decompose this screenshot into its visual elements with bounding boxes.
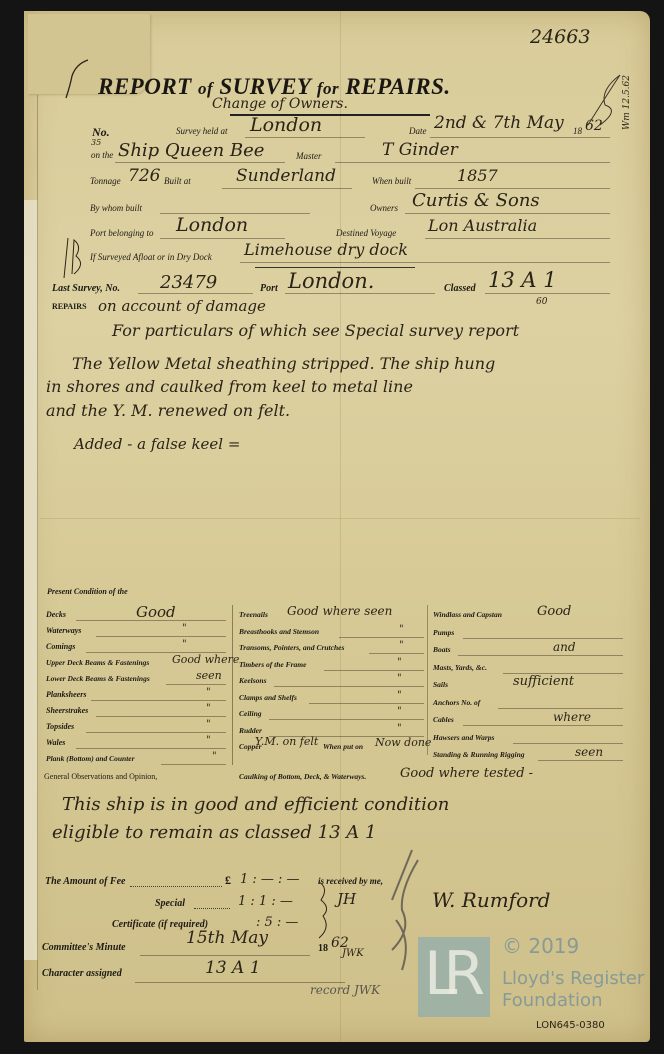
7-value: " — [206, 719, 211, 730]
classed-label: Classed — [444, 283, 476, 294]
condition-when-put-on-value: Now done — [375, 736, 431, 749]
title-parts-1: of — [198, 79, 213, 98]
6-value: where — [553, 710, 591, 724]
8-label: Wales — [46, 738, 65, 747]
special-fee-value: 1 : 1 : — — [238, 894, 293, 909]
owners-label: Owners — [370, 203, 398, 213]
tonnage-value: 726 — [128, 166, 160, 186]
caulking-label: Caulking of Bottom, Deck, & Waterways. — [239, 772, 366, 781]
5-label: Anchors No. of — [433, 698, 480, 707]
brace-icon — [315, 880, 335, 940]
2-value: " — [182, 639, 187, 650]
condition-row: Sheerstrakes" — [46, 703, 232, 719]
column-divider-2 — [427, 605, 428, 755]
title-parts-4: REPAIRS. — [345, 74, 450, 99]
port-belonging-label: Port belonging to — [90, 228, 154, 238]
by-whom-built-label: By whom built — [90, 203, 142, 213]
0-value: Good — [537, 604, 571, 619]
repairs-line: For particulars of which see Special sur… — [112, 321, 519, 340]
destined-voyage-label: Destined Voyage — [336, 228, 396, 238]
repairs-line: The Yellow Metal sheathing stripped. The… — [72, 354, 495, 373]
observation-line: eligible to remain as classed 13 A 1 — [52, 822, 376, 843]
7-label: Rudder — [239, 726, 262, 735]
1-value: " — [399, 624, 404, 635]
8-value: Y.M. on felt — [255, 735, 318, 748]
condition-row: Pumps — [433, 625, 623, 643]
ship-name-value: Ship Queen Bee — [118, 140, 264, 161]
committee-minute-label: Committee's Minute — [42, 942, 126, 953]
fee-initials: JH — [337, 890, 356, 908]
committee-minute-value: 15th May — [186, 928, 268, 948]
condition-row: Wales" — [46, 735, 232, 751]
1-label: Waterways — [46, 626, 81, 635]
when-built-label: When built — [372, 176, 411, 186]
title-parts-0: REPORT — [98, 74, 192, 99]
condition-row: Boatsand — [433, 642, 623, 660]
0-label: Treenails — [239, 610, 268, 619]
6-label: Sheerstrakes — [46, 706, 88, 715]
watermark-copyright: © 2019 — [502, 934, 579, 958]
condition-row: Standing & Running Riggingseen — [433, 747, 623, 765]
paper-edge-strip — [24, 200, 38, 960]
2-value: " — [399, 640, 404, 651]
5-value: " — [206, 687, 211, 698]
4-label: Sails — [433, 680, 448, 689]
lloyds-register-logo: LR — [418, 937, 490, 1017]
condition-row: Lower Deck Beams & Fasteningsseen — [46, 671, 232, 687]
condition-row: Cableswhere — [433, 712, 623, 730]
on-the-label: on the — [91, 150, 113, 160]
archive-id: LON645-0380 — [536, 1020, 605, 1031]
date-label: Date — [409, 126, 427, 136]
date-value: 2nd & 7th May — [434, 113, 564, 133]
4-value: sufficient — [513, 674, 574, 689]
column-divider-1 — [232, 605, 233, 765]
classed-value: 13 A 1 — [488, 268, 557, 292]
dock-label: If Surveyed Afloat or in Dry Dock — [90, 252, 212, 262]
last-survey-port-label: Port — [260, 283, 278, 294]
master-label: Master — [296, 151, 322, 161]
3-label: Timbers of the Frame — [239, 660, 306, 669]
year-prefix: 18 — [573, 126, 582, 136]
8-label: Standing & Running Rigging — [433, 750, 525, 759]
no-value: 35 — [91, 138, 101, 147]
watermark-logo-text: LR — [424, 939, 471, 1009]
repairs-line: in shores and caulked from keel to metal… — [46, 377, 413, 396]
7-label: Topsides — [46, 722, 74, 731]
condition-row: Anchors No. of — [433, 695, 623, 713]
0-label: Windlass and Capstan — [433, 610, 502, 619]
tonnage-label: Tonnage — [90, 176, 121, 186]
caulking-value: Good where tested - — [400, 766, 533, 781]
surveyor-signature: W. Rumford — [432, 888, 551, 912]
condition-column-3: Windlass and CapstanGood Pumps Boatsand … — [433, 607, 623, 765]
7-label: Hawsers and Warps — [433, 733, 494, 742]
record-note: record JWK — [310, 983, 380, 997]
survey-report-page — [24, 11, 650, 1042]
last-survey-number: 23479 — [160, 272, 217, 293]
subtitle-change-of-owners: Change of Owners. — [212, 96, 348, 112]
condition-row: Sailssufficient — [433, 677, 623, 695]
8-value: seen — [575, 745, 603, 759]
condition-row: Waterways" — [46, 623, 232, 639]
margin-rule — [37, 95, 38, 990]
built-at-label: Built at — [164, 176, 191, 186]
4-value: seen — [196, 669, 222, 682]
fold-line-vertical — [340, 11, 341, 1042]
condition-heading: Present Condition of the — [47, 587, 128, 596]
condition-column-1: DecksGood Waterways" Comings" Upper Deck… — [46, 607, 232, 767]
reference-number: 24663 — [530, 26, 590, 48]
condition-row: Clamps and Shelfs" — [239, 690, 429, 707]
condition-row: Transoms, Pointers, and Crutches" — [239, 640, 429, 657]
watermark-line2: Foundation — [502, 990, 602, 1011]
fold-line-horizontal — [40, 518, 640, 519]
2-label: Transoms, Pointers, and Crutches — [239, 643, 344, 652]
9-value: " — [212, 751, 217, 762]
port-belonging-value: London — [176, 214, 248, 236]
7-value: " — [397, 723, 402, 734]
section-divider — [255, 267, 415, 268]
1-label: Breasthooks and Stemson — [239, 627, 319, 636]
5-value: " — [397, 690, 402, 701]
6-label: Cables — [433, 715, 454, 724]
3-value: " — [397, 657, 402, 668]
survey-held-value: London — [250, 114, 322, 136]
character-assigned-value: 13 A 1 — [205, 958, 261, 978]
observation-line: This ship is in good and efficient condi… — [62, 794, 449, 815]
classed-sub-value: 60 — [536, 297, 547, 307]
condition-column-2: TreenailsGood where seen Breasthooks and… — [239, 607, 429, 756]
last-survey-label: Last Survey, No. — [52, 283, 120, 294]
8-value: " — [206, 735, 211, 746]
destined-voyage-value: Lon Australia — [428, 216, 537, 235]
5-label: Clamps and Shelfs — [239, 693, 297, 702]
2-label: Boats — [433, 645, 451, 654]
0-label: Decks — [46, 610, 66, 619]
built-at-value: Sunderland — [236, 166, 336, 186]
repairs-line: on account of damage — [98, 297, 266, 315]
6-value: " — [397, 706, 402, 717]
owners-value: Curtis & Sons — [412, 190, 540, 211]
condition-row: Plank (Bottom) and Counter" — [46, 751, 232, 767]
committee-year-prefix: 18 — [318, 943, 328, 954]
6-label: Ceiling — [239, 709, 262, 718]
condition-row: Breasthooks and Stemson" — [239, 624, 429, 641]
character-assigned-label: Character assigned — [42, 968, 122, 979]
condition-row-copper: CopperY.M. on feltWhen put onNow done — [239, 739, 429, 756]
survey-held-label: Survey held at — [176, 126, 227, 136]
2-value: and — [553, 640, 576, 654]
condition-row: Topsides" — [46, 719, 232, 735]
condition-row: Timbers of the Frame" — [239, 657, 429, 674]
9-label: Plank (Bottom) and Counter — [46, 754, 135, 763]
condition-row: Keelsons" — [239, 673, 429, 690]
condition-row: Windlass and CapstanGood — [433, 607, 623, 625]
condition-row: Planksheers" — [46, 687, 232, 703]
currency-symbol: £ — [225, 873, 231, 888]
4-label: Lower Deck Beams & Fastenings — [46, 674, 150, 683]
5-label: Planksheers — [46, 690, 86, 699]
3-value: Good where — [172, 653, 239, 666]
2-label: Comings — [46, 642, 75, 651]
3-label: Upper Deck Beams & Fastenings — [46, 658, 149, 667]
general-observations-label: General Observations and Opinion, — [44, 772, 157, 781]
last-survey-port-value: London. — [288, 269, 374, 293]
3-label: Masts, Yards, &c. — [433, 663, 487, 672]
dock-value: Limehouse dry dock — [244, 240, 408, 259]
watermark-line1: Lloyd's Register — [502, 968, 644, 989]
4-value: " — [397, 673, 402, 684]
master-value: T Ginder — [382, 140, 458, 160]
when-built-value: 1857 — [457, 166, 498, 185]
1-label: Pumps — [433, 628, 454, 637]
repairs-line: and the Y. M. renewed on felt. — [46, 401, 290, 420]
repairs-line: Added - a false keel = — [74, 435, 240, 453]
condition-row: TreenailsGood where seen — [239, 607, 429, 624]
fee-amount-value: 1 : — : — — [240, 872, 300, 887]
6-value: " — [206, 703, 211, 714]
fee-amount-label: The Amount of Fee — [45, 876, 125, 887]
margin-note: Wm 12.5.62 — [622, 75, 632, 130]
0-value: Good where seen — [287, 604, 392, 618]
year-value: 62 — [585, 118, 603, 134]
1-value: " — [182, 623, 187, 634]
check-mark-icon — [58, 56, 98, 106]
scribble-initials-left-icon — [58, 234, 88, 280]
condition-row: DecksGood — [46, 607, 232, 623]
condition-when-put-on-label: When put on — [323, 742, 363, 751]
0-value: Good — [136, 603, 176, 621]
condition-row: Ceiling" — [239, 706, 429, 723]
committee-initials: JWK — [342, 948, 364, 959]
repairs-label: REPAIRS — [52, 302, 87, 311]
special-fee-label: Special — [155, 898, 185, 909]
4-label: Keelsons — [239, 676, 267, 685]
